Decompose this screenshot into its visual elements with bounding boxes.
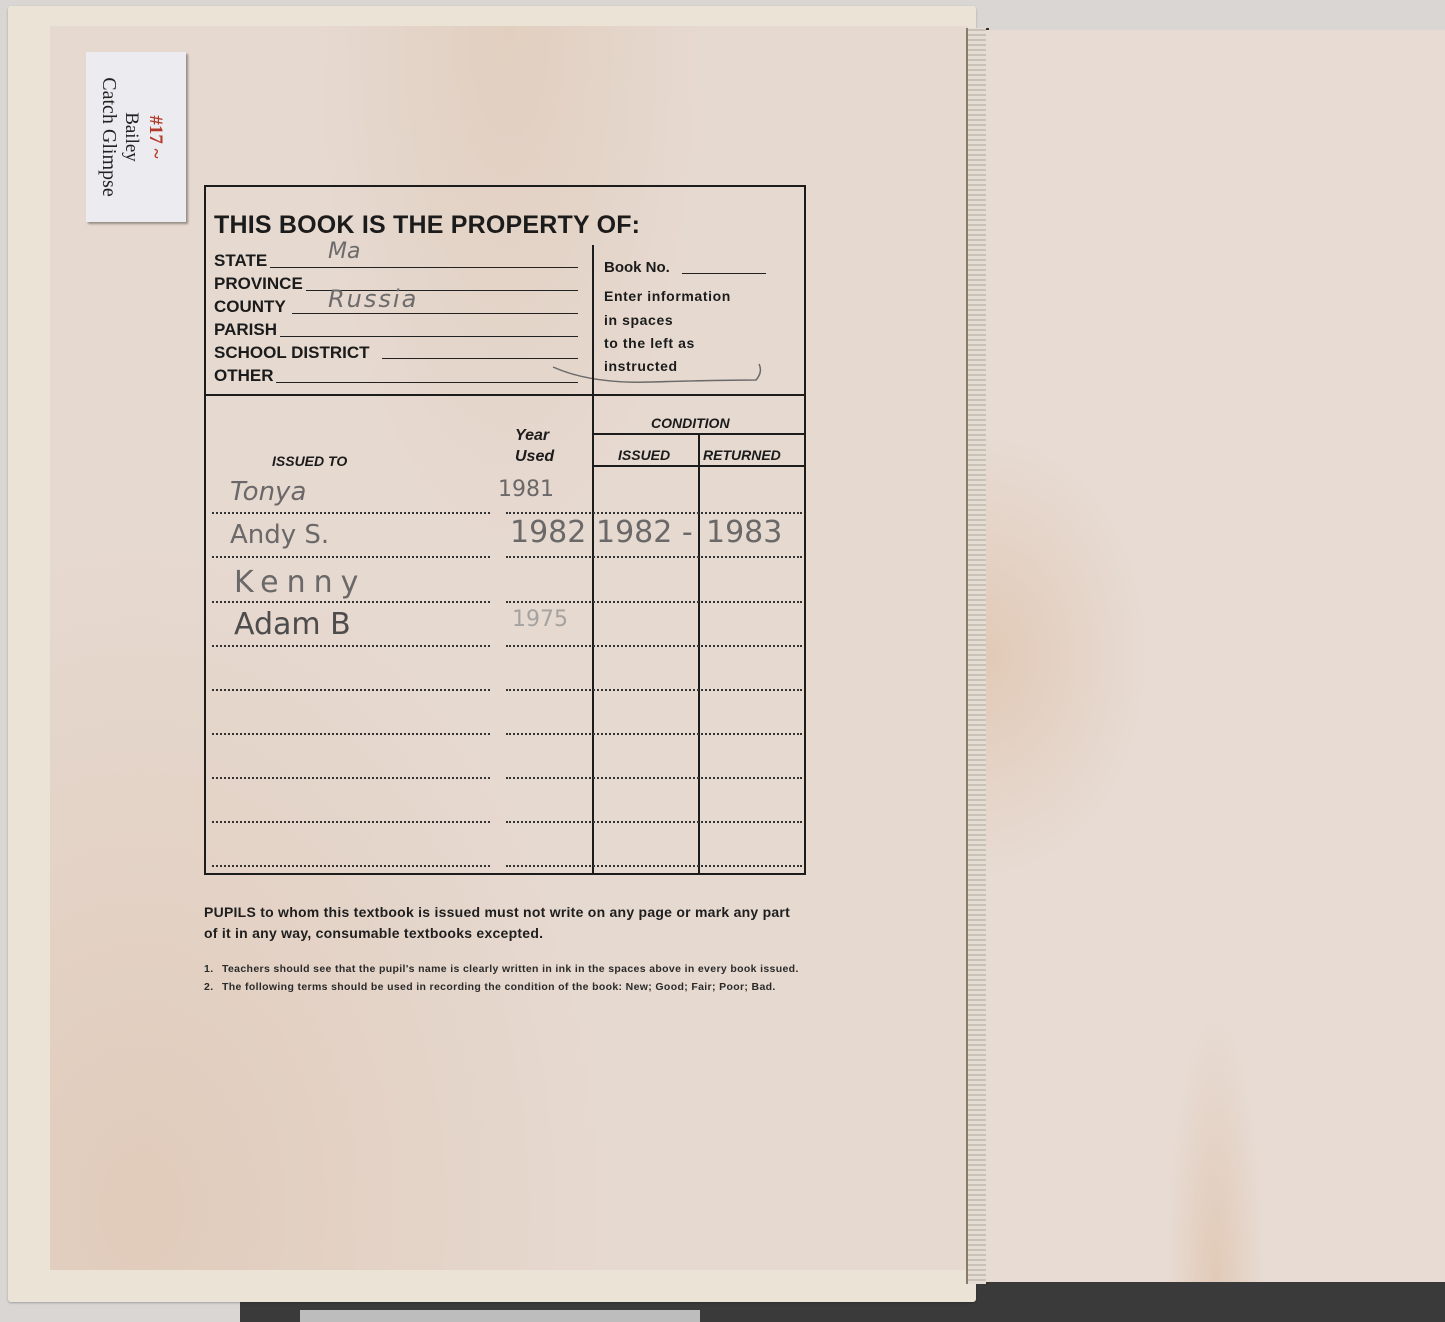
- instruction-line: to the left as: [604, 335, 695, 351]
- library-label-sticker: #17 ~ Bailey Catch Glimpse: [86, 52, 186, 222]
- row-3-issued-to: Kenny: [234, 565, 366, 600]
- row-line[interactable]: [212, 777, 490, 779]
- field-state-line[interactable]: [270, 267, 578, 268]
- header-year-line2: Used: [515, 448, 554, 466]
- row-line[interactable]: [212, 601, 490, 603]
- row-line[interactable]: [506, 601, 802, 603]
- condition-subheader-line: [592, 465, 806, 467]
- instruction-line: in spaces: [604, 312, 673, 328]
- row-1-year: 1981: [498, 477, 554, 502]
- row-line[interactable]: [212, 733, 490, 735]
- condition-column-divider: [592, 395, 594, 875]
- field-school-district-label: SCHOOL DISTRICT: [214, 343, 370, 363]
- note-item: 2. The following terms should be used in…: [204, 980, 814, 994]
- instruction-line: Enter information: [604, 288, 731, 304]
- row-line[interactable]: [212, 689, 490, 691]
- field-county-label: COUNTY: [214, 297, 286, 317]
- field-county-line[interactable]: [292, 313, 578, 314]
- row-2-returned: 1983: [706, 515, 782, 550]
- header-issued: ISSUED: [618, 447, 670, 463]
- row-line[interactable]: [212, 645, 490, 647]
- row-2-issued-to: Andy S.: [230, 520, 329, 550]
- row-2-issued: 1982 -: [596, 515, 693, 550]
- note-item: 1. Teachers should see that the pupil's …: [204, 962, 814, 976]
- row-1-issued-to: Tonya: [230, 477, 306, 507]
- background-surface: [300, 1310, 700, 1322]
- book-no-label: Book No.: [604, 259, 670, 276]
- row-4-issued-to: Adam B: [234, 607, 351, 642]
- row-line[interactable]: [506, 512, 802, 514]
- right-endpaper: [986, 30, 1445, 1282]
- form-title: THIS BOOK IS THE PROPERTY OF:: [214, 211, 640, 240]
- condition-header-line: [592, 433, 806, 435]
- note-text: Teachers should see that the pupil's nam…: [222, 963, 799, 975]
- note-number: 1.: [204, 962, 213, 976]
- field-state-label: STATE: [214, 251, 267, 271]
- header-year-line1: Year: [515, 427, 549, 445]
- sticker-title: Catch Glimpse: [98, 52, 120, 222]
- teacher-notes: 1. Teachers should see that the pupil's …: [204, 962, 814, 998]
- instruction-line: instructed: [604, 358, 678, 374]
- field-state-value: Ma: [328, 239, 360, 264]
- row-4-year: 1975: [512, 607, 568, 632]
- issued-returned-divider: [698, 433, 700, 875]
- row-2-year: 1982: [510, 515, 586, 550]
- header-condition: CONDITION: [651, 415, 730, 431]
- field-school-district-line[interactable]: [382, 358, 578, 359]
- row-line[interactable]: [506, 777, 802, 779]
- row-line[interactable]: [506, 821, 802, 823]
- field-county-value: Russia: [328, 285, 418, 313]
- row-line[interactable]: [506, 733, 802, 735]
- sticker-number: #17 ~: [144, 52, 166, 222]
- property-form: THIS BOOK IS THE PROPERTY OF: STATE Ma P…: [204, 185, 806, 875]
- row-line[interactable]: [212, 865, 490, 867]
- book-no-line[interactable]: [682, 273, 766, 274]
- field-parish-label: PARISH: [214, 320, 277, 340]
- note-text: The following terms should be used in re…: [222, 981, 776, 993]
- note-number: 2.: [204, 980, 213, 994]
- header-issued-to: ISSUED TO: [272, 453, 347, 469]
- header-divider-vertical: [592, 245, 594, 395]
- row-line[interactable]: [212, 821, 490, 823]
- sticker-author: Bailey: [120, 52, 142, 222]
- row-line[interactable]: [212, 556, 490, 558]
- row-line[interactable]: [506, 645, 802, 647]
- pupil-notice: PUPILS to whom this textbook is issued m…: [204, 902, 804, 944]
- row-line[interactable]: [506, 556, 802, 558]
- row-line[interactable]: [212, 512, 490, 514]
- field-province-label: PROVINCE: [214, 274, 303, 294]
- header-returned: RETURNED: [703, 447, 781, 463]
- row-line[interactable]: [506, 689, 802, 691]
- section-divider: [206, 394, 806, 396]
- field-parish-line[interactable]: [280, 336, 578, 337]
- row-line[interactable]: [506, 865, 802, 867]
- field-other-label: OTHER: [214, 366, 274, 386]
- field-other-line[interactable]: [276, 382, 578, 383]
